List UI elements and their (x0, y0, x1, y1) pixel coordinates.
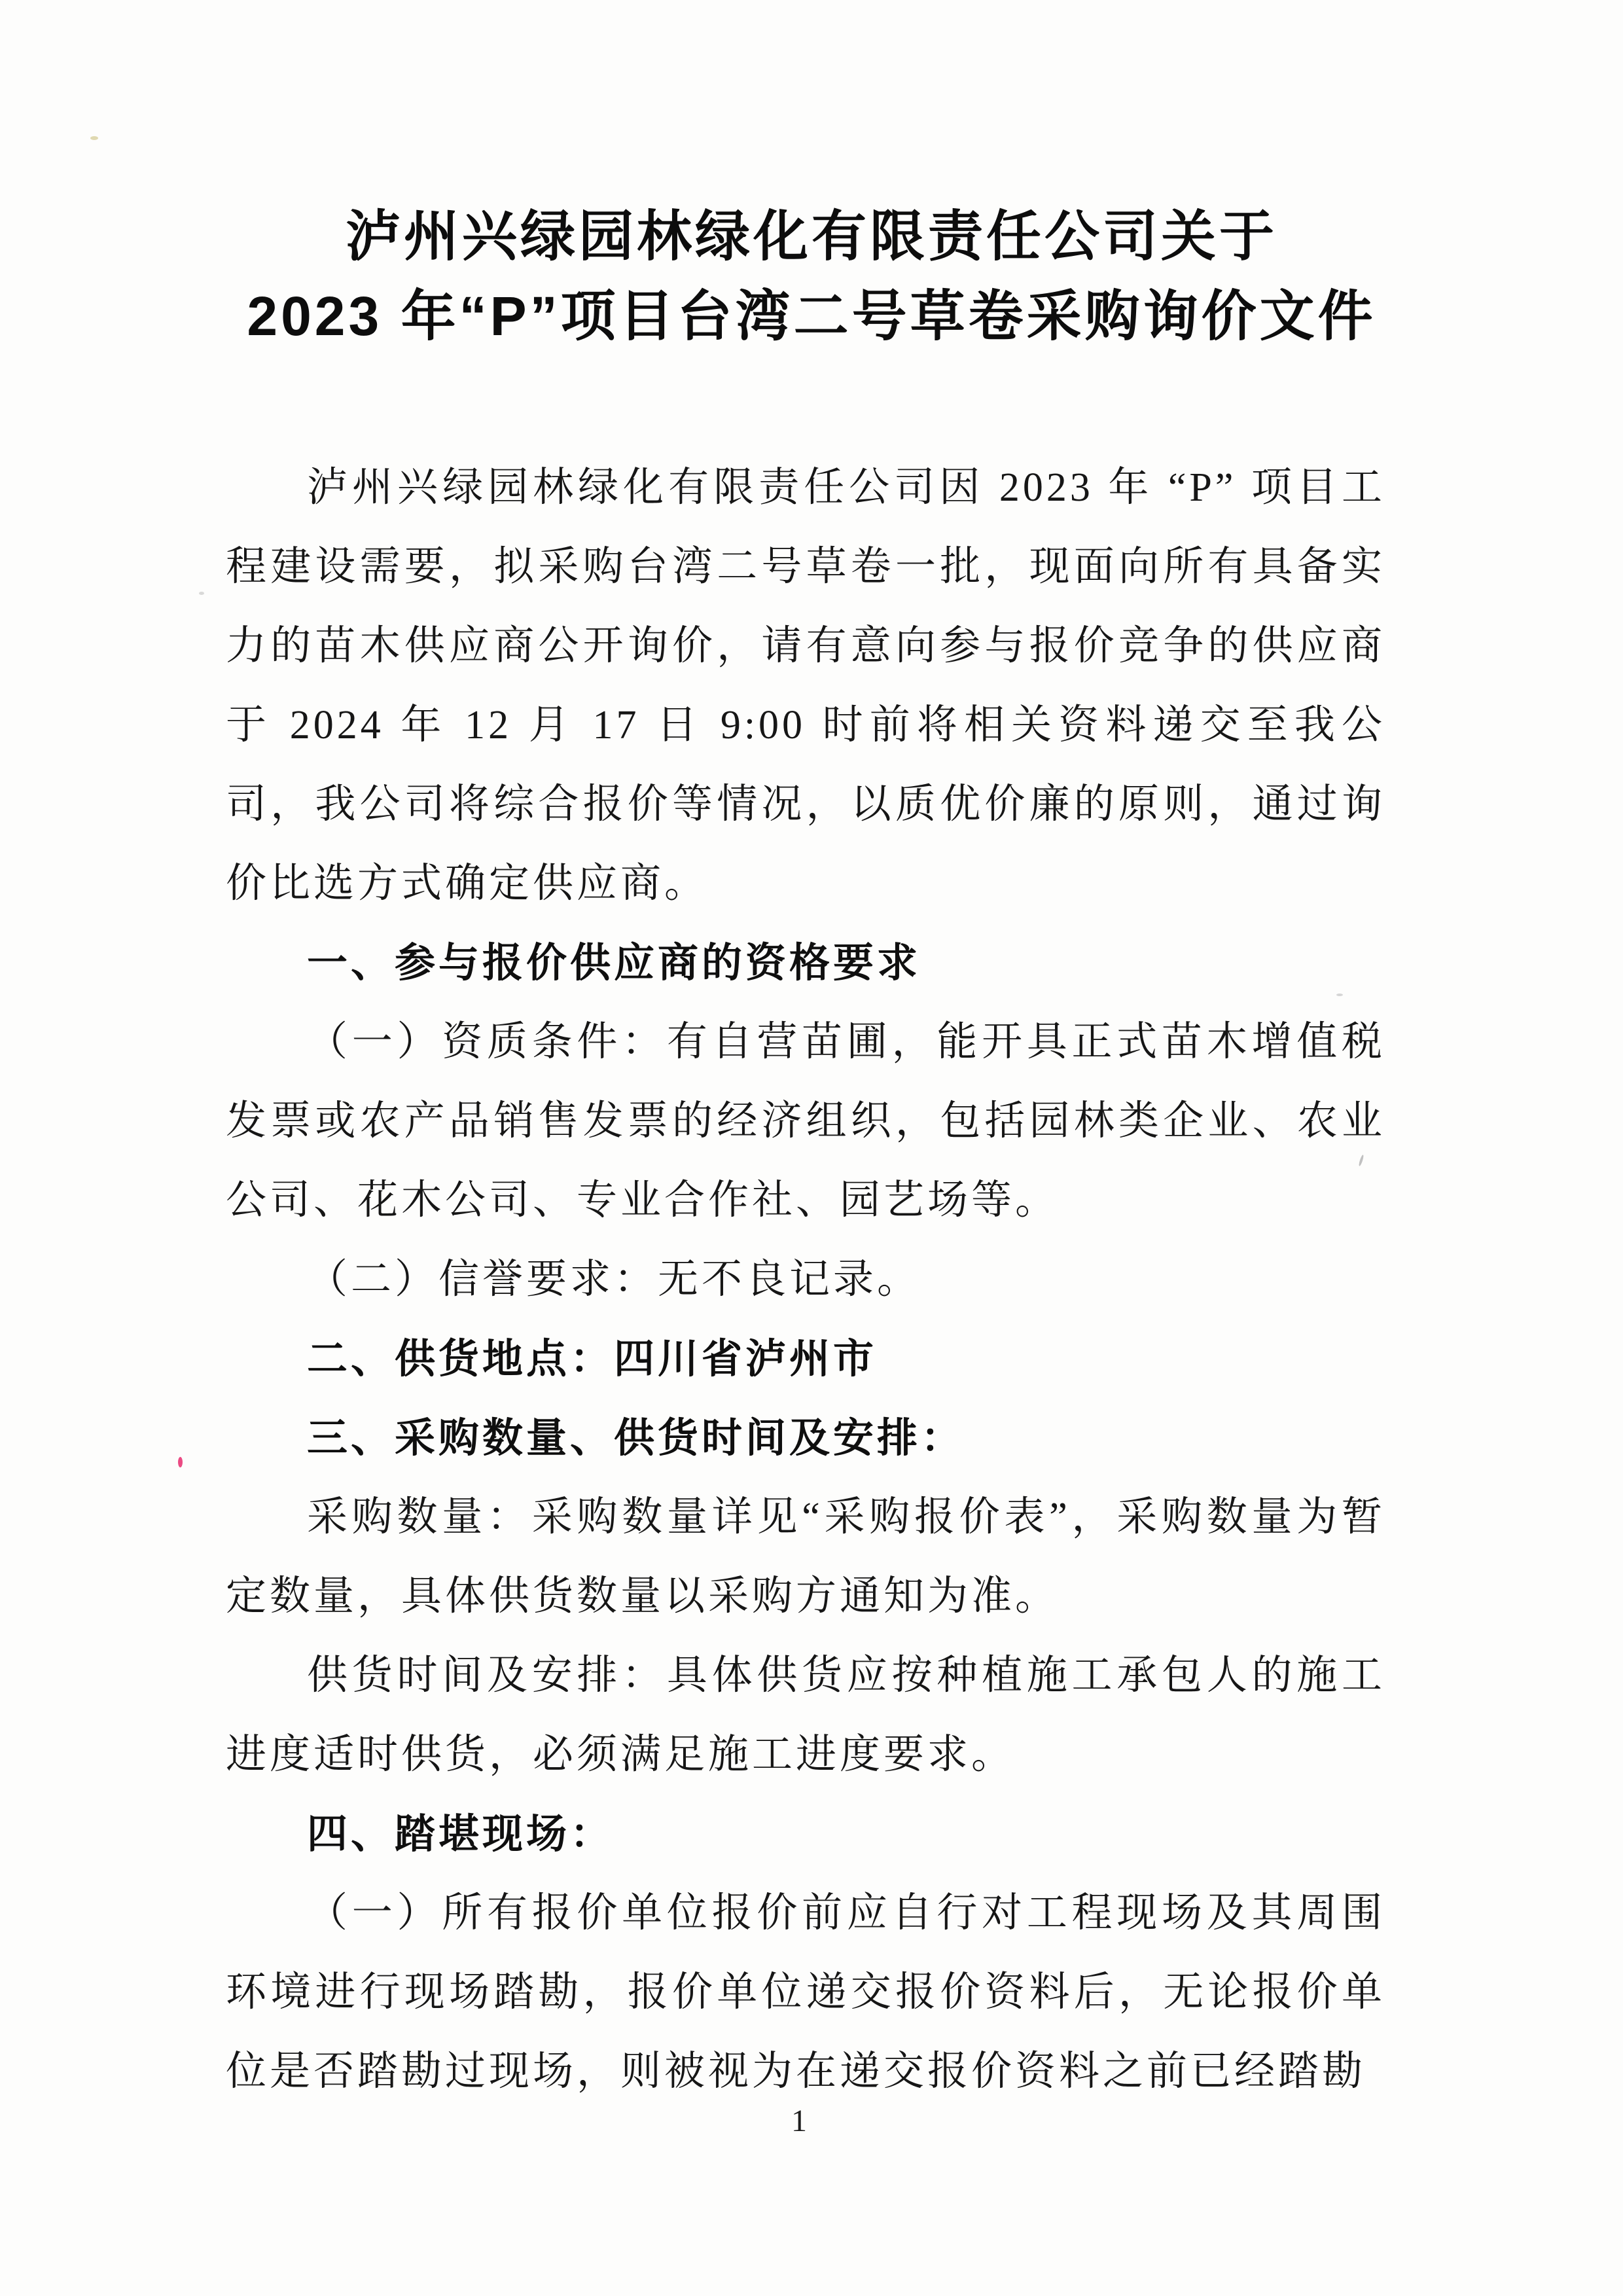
document-title-line1: 泸州兴绿园林绿化有限责任公司关于 (0, 196, 1623, 276)
document-title: 泸州兴绿园林绿化有限责任公司关于 2023 年“P”项目台湾二号草卷采购询价文件 (0, 196, 1623, 356)
document-body: 泸州兴绿园林绿化有限责任公司因 2023 年 “P” 项目工程建设需要，拟采购台… (226, 448, 1385, 2111)
body-paragraph: 泸州兴绿园林绿化有限责任公司因 2023 年 “P” 项目工程建设需要，拟采购台… (226, 448, 1385, 924)
document-page: 泸州兴绿园林绿化有限责任公司关于 2023 年“P”项目台湾二号草卷采购询价文件… (0, 0, 1623, 2296)
section-heading: 三、采购数量、供货时间及安排： (226, 1399, 1385, 1478)
body-paragraph: 供货时间及安排：具体供货应按种植施工承包人的施工进度适时供货，必须满足施工进度要… (226, 1636, 1385, 1795)
scan-speck (90, 136, 98, 140)
body-paragraph: 采购数量：采购数量详见“采购报价表”，采购数量为暂定数量，具体供货数量以采购方通… (226, 1478, 1385, 1636)
scan-speck (178, 1457, 183, 1467)
body-paragraph: （一）所有报价单位报价前应自行对工程现场及其周围环境进行现场踏勘，报价单位递交报… (226, 1874, 1385, 2111)
body-paragraph: （二）信誉要求：无不良记录。 (226, 1240, 1385, 1319)
page-number: 1 (0, 2104, 1611, 2139)
document-title-line2: 2023 年“P”项目台湾二号草卷采购询价文件 (0, 276, 1623, 356)
section-heading: 四、踏堪现场： (226, 1795, 1385, 1874)
body-paragraph: （一）资质条件：有自营苗圃，能开具正式苗木增值税发票或农产品销售发票的经济组织，… (226, 1003, 1385, 1240)
scan-speck (199, 592, 204, 595)
section-heading: 二、供货地点：四川省泸州市 (226, 1319, 1385, 1399)
scan-speck (1336, 994, 1343, 996)
section-heading: 一、参与报价供应商的资格要求 (226, 924, 1385, 1003)
